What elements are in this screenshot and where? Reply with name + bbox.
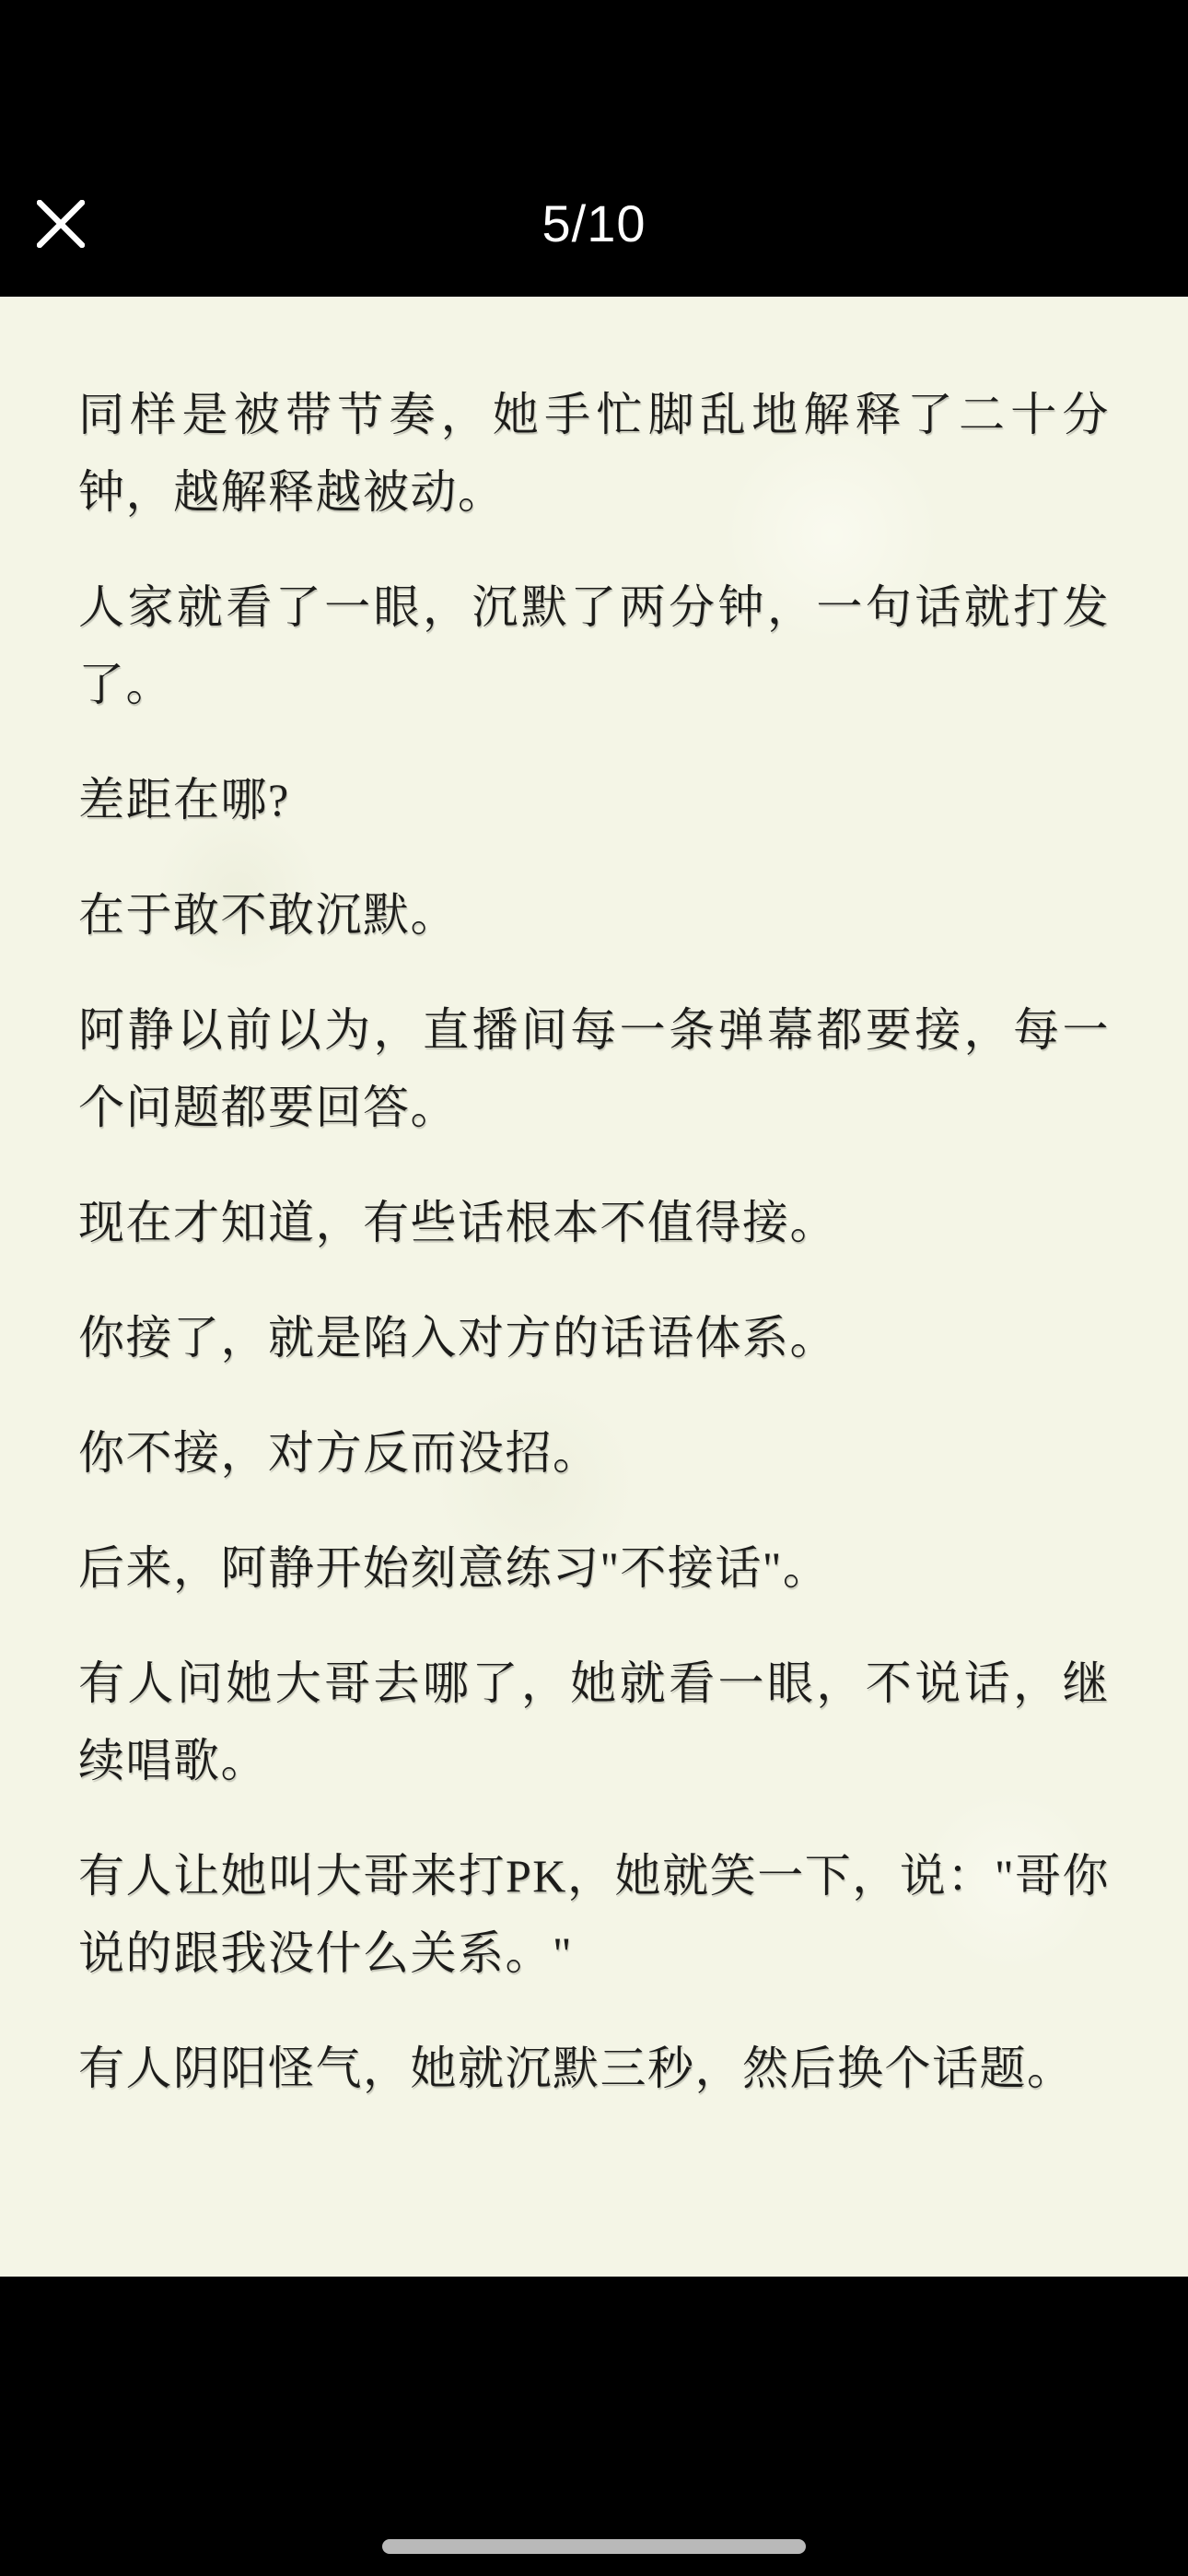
paragraph: 有人让她叫大哥来打PK，她就笑一下，说："哥你说的跟我没什么关系。" [78, 1837, 1110, 1992]
paragraph: 人家就看了一眼，沉默了两分钟，一句话就打发了。 [78, 568, 1110, 723]
paragraph: 现在才知道，有些话根本不值得接。 [78, 1184, 1110, 1261]
paragraph: 有人阴阳怪气，她就沉默三秒，然后换个话题。 [78, 2030, 1110, 2107]
paragraph: 有人问她大哥去哪了，她就看一眼，不说话，继续唱歌。 [78, 1645, 1110, 1799]
home-indicator[interactable] [382, 2539, 806, 2554]
reader-screen: 5/10 同样是被带节奏，她手忙脚乱地解释了二十分钟，越解释越被动。 人家就看了… [0, 0, 1188, 2576]
page-indicator: 5/10 [0, 195, 1188, 252]
paragraph: 你不接，对方反而没招。 [78, 1414, 1110, 1492]
paragraph: 差距在哪? [78, 761, 1110, 838]
paragraph: 你接了，就是陷入对方的话语体系。 [78, 1299, 1110, 1376]
paragraph: 后来，阿静开始刻意练习"不接话"。 [78, 1529, 1110, 1607]
bottom-bar [0, 2277, 1188, 2576]
page-content: 同样是被带节奏，她手忙脚乱地解释了二十分钟，越解释越被动。 人家就看了一眼，沉默… [0, 297, 1188, 2277]
paragraph: 同样是被带节奏，她手忙脚乱地解释了二十分钟，越解释越被动。 [78, 376, 1110, 531]
paragraph: 在于敢不敢沉默。 [78, 876, 1110, 954]
top-bar: 5/10 [0, 0, 1188, 297]
paragraph: 阿静以前以为，直播间每一条弹幕都要接，每一个问题都要回答。 [78, 991, 1110, 1146]
